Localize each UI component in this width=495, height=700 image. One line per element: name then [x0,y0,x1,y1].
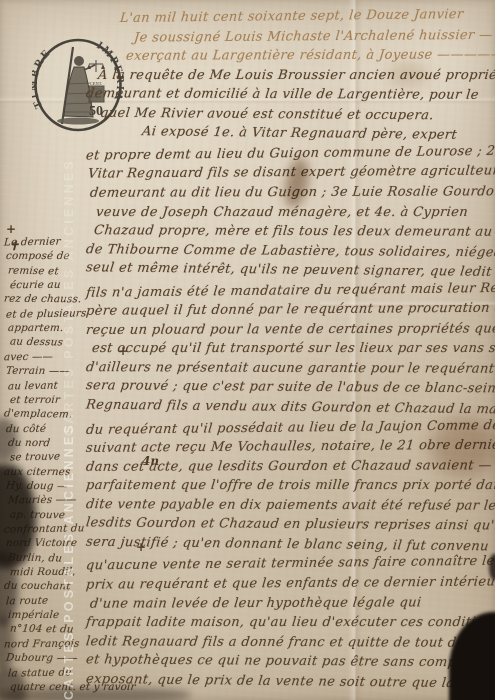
manuscript-line: Chazaud propre, mère et fils tous les de… [93,223,495,240]
manuscript-line: et hypothèques ce qui ne pouvait pas êtr… [85,652,495,670]
manuscript-line: Ai exposé 1e. à Vitar Regnauard père, ex… [141,124,458,143]
margin-line: Hy. doug — [5,479,68,492]
margin-line: du côté [6,422,47,434]
manuscript-line: A la requête de Me Louis Broussier ancie… [97,68,495,83]
manuscript-line: du requérant qu'il possédait au lieu de … [85,417,495,438]
manuscript-line: exerçant au Largentière résidant, à Joye… [125,47,495,64]
margin-line: impériale [7,609,59,621]
manuscript-line: de Thibourne Comme de Labastière, tous s… [85,242,495,261]
manuscript-line: exposant, que le prix de la vente ne soi… [85,671,473,690]
manuscript-line: reçue un plouard pour la vente de certai… [85,321,495,338]
margin-line: et terroir [9,394,60,406]
watermark-text: CARTES POSTALES ANCIENNES [62,422,76,700]
manuscript-line: Vitar Regnauard fils se disant expert gé… [87,164,495,182]
manuscript-line: qu'aucune vente ne serait terminée sans … [85,554,495,574]
margin-line: remise et [7,264,59,277]
margin-line: du nord [7,437,50,449]
manuscript-line: ledit Regnauard fils a donné franc et qu… [85,634,489,651]
manuscript-line: d'une main levée de leur hypothèque léga… [89,595,422,611]
manuscript-line: demeurant au dit lieu du Guigon ; 3e Lui… [89,184,495,201]
manuscript-line: fils n'a jamais été le mandataire du req… [85,280,495,300]
manuscript-line: dite vente payable en dix paiements avai… [85,497,495,514]
margin-line: au dessus [9,336,63,349]
margin-line: écurie au [10,279,62,291]
ink-mark: + [136,540,146,554]
margin-line: au levant [8,379,59,392]
margin-line: avec —— [4,351,54,363]
manuscript-line: quel Me Rivier avoué est constitué et oc… [99,105,435,123]
margin-line: aux citernes [3,466,71,478]
manuscript-line: et propre demt au lieu du Guigon commune… [85,143,495,163]
manuscript-line: Je soussigné Louis Michaste l'Archalené … [133,27,495,45]
watermark-text: CARTES POSTALES ANCIENNES [62,158,76,436]
ink-mark: + [118,344,128,358]
manuscript-line: parfaitement que l'offre de trois mille … [85,478,495,493]
ink-mark: + [6,222,16,236]
manuscript-line: Regnauard fils a vendu aux dits Gourdon … [85,397,495,417]
margin-line: se trouve [10,451,61,464]
manuscript-line: L'an mil huit cent soixante sept, le Dou… [119,7,464,26]
manuscript-line: sera prouvé ; que c'est par suite de l'a… [85,379,495,398]
ink-mark: 4n [142,454,159,468]
manuscript-line: veuve de Joseph Chazaud ménagère, et 4e.… [95,205,469,220]
manuscript-line: d'ailleurs ne présentait aucune garantie… [85,360,495,377]
manuscript-line: lesdits Gourdon et Chazaud en plusieurs … [85,516,495,534]
ink-mark: ✝ [9,239,19,253]
margin-line: ap. trouve [9,508,65,520]
manuscript-line: seul et même intérêt, qu'ils ne peuvent … [85,260,495,281]
margin-line: appartem. [7,322,64,334]
manuscript-line: frappait ladite maison, qu'au lieu d'exé… [85,615,495,630]
manuscript-line: demeurant et domicilié à la ville de Lar… [85,86,479,103]
manuscript-line: est occupé qu'il fut transporté sur les … [91,341,495,356]
manuscript-line: prix au requérant et que les enfants de … [85,574,495,592]
margin-line: Terrain —— [5,365,70,378]
manuscript-line: père auquel il fut donné par le requéran… [85,300,495,319]
margin-line: Burlin, du [7,551,62,564]
edge-nick [489,554,495,580]
margin-line: la route [6,594,49,607]
manuscript-page: TIMBRE IMPERIAL CENT. 50 L'an mil huit c… [0,0,495,700]
